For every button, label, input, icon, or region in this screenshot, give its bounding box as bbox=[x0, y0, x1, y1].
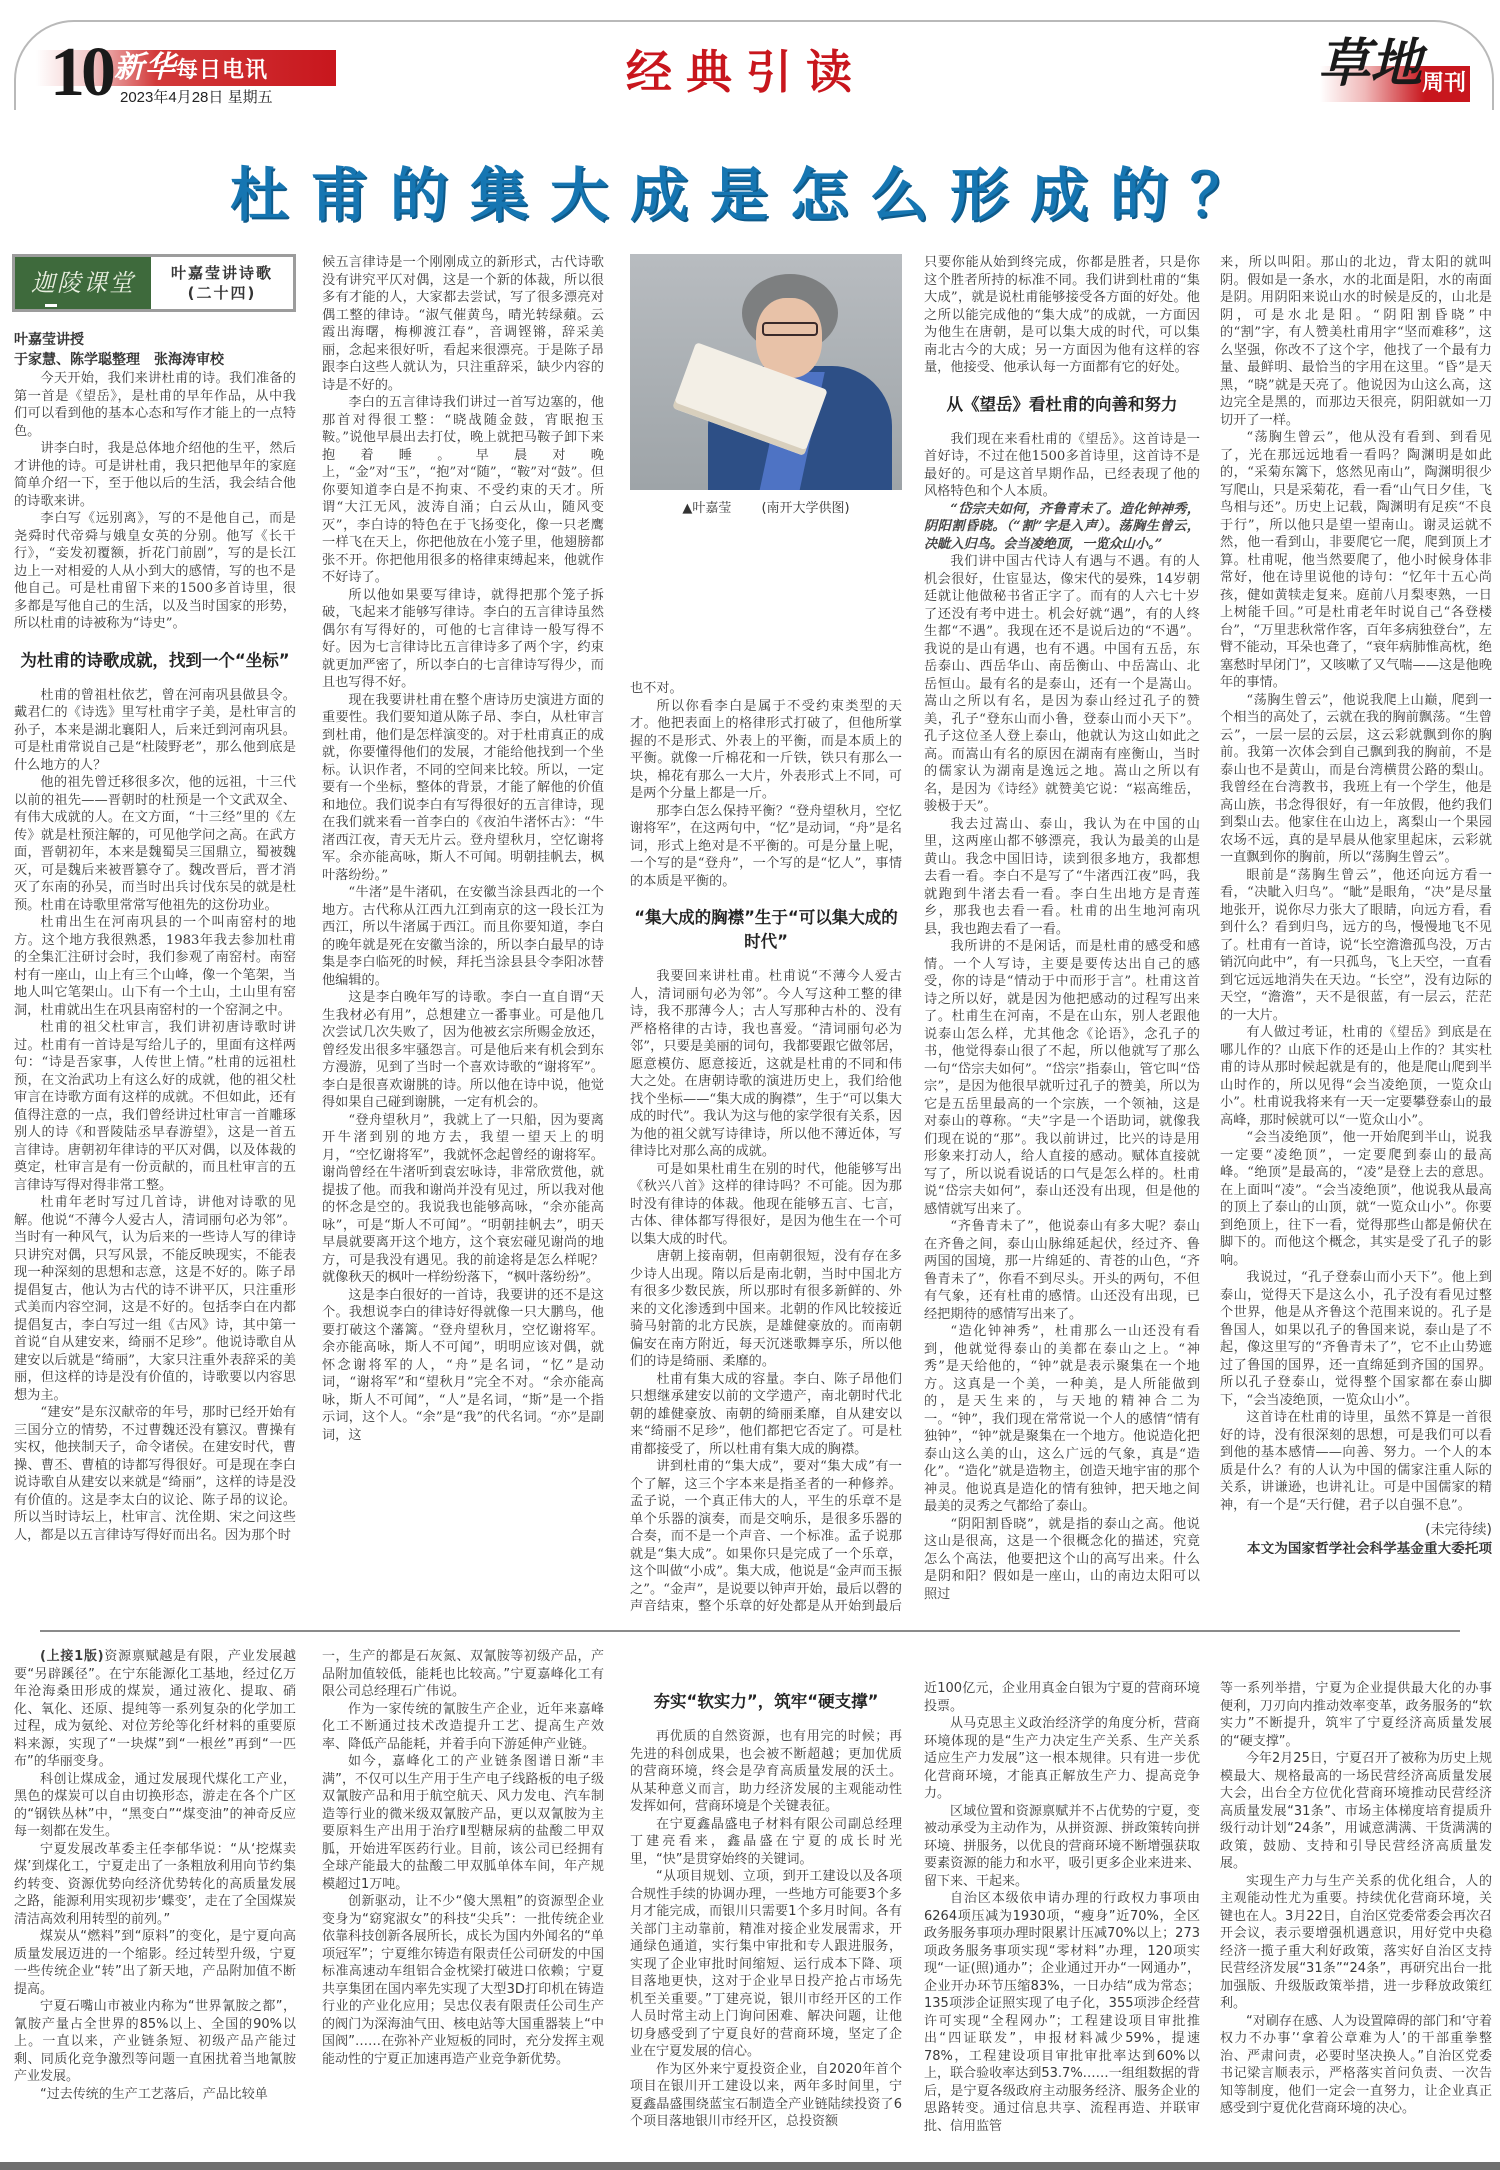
paragraph: 也不对。 bbox=[630, 680, 902, 698]
paragraph: 我说过，“孔子登泰山而小天下”。他上到泰山，觉得天下是这么小，孔子没有看见过整个… bbox=[1220, 1269, 1492, 1409]
paragraph: 李白写《远别离》，写的不是他自己，而是尧舜时代帝舜与娥皇女英的分别。他写《长干行… bbox=[14, 510, 296, 633]
subhead-coordinate: 为杜甫的诗歌成就，找到一个“坐标” bbox=[14, 649, 296, 673]
paragraph: “齐鲁青未了”，他说泰山有多大呢？泰山在齐鲁之间，泰山山脉绵延起伏，经过齐、鲁两… bbox=[924, 1218, 1200, 1323]
photo-caption: ▲叶嘉莹 (南开大学供图) bbox=[630, 500, 902, 518]
chalkboard-logo: 迦陵课堂 bbox=[15, 257, 151, 309]
page-bottom-bar bbox=[0, 2162, 1500, 2170]
paragraph: 今天开始，我们来讲杜甫的诗。我们准备的第一首是《望岳》，是杜甫的早年作品，从中我… bbox=[14, 370, 296, 440]
editors: 于家慧、陈学聪整理 张海涛审校 bbox=[14, 350, 224, 370]
to-be-continued: (未完待续) bbox=[1220, 1520, 1492, 1540]
paragraph: 有人做过考证，杜甫的《望岳》到底是在哪儿作的？山底下作的还是山上作的？其实杜甫的… bbox=[1220, 1024, 1492, 1129]
lower-article-column-5: 等一系列举措，宁夏为企业提供最大化的办事便利，刀刃向内推动效率变革，政务服务的“… bbox=[1220, 1680, 1492, 2160]
paragraph: 再优质的自然资源，也有用完的时候；再先进的科创成果，也会被不断超越；更加优质的营… bbox=[630, 1728, 902, 1816]
article-column-3: 也不对。 所以你看李白是属于不受约束类型的天才。他把表面上的格律形式打破了，但他… bbox=[630, 680, 902, 1615]
paragraph: 从马克思主义政治经济学的角度分析，营商环境体现的是“生产力决定生产关系、生产关系… bbox=[924, 1715, 1200, 1803]
paragraph: 近100亿元，企业用真金白银为宁夏的营商环境投票。 bbox=[924, 1680, 1200, 1715]
paragraph: 一，生产的都是石灰氮、双氰胺等初级产品，产品附加值较低，能耗也比较高。”宁夏嘉峰… bbox=[322, 1648, 604, 1701]
section-title: 经典引读 bbox=[626, 44, 866, 100]
photo-glasses bbox=[762, 322, 818, 336]
paragraph: 我们讲中国古代诗人有遇与不遇。有的人机会很好，仕宦显达，像宋代的晏殊，14岁朝廷… bbox=[924, 553, 1200, 816]
lower-article-column-2: 一，生产的都是石灰氮、双氰胺等初级产品，产品附加值较低，能耗也比较高。”宁夏嘉峰… bbox=[322, 1648, 604, 2158]
paragraph: 作为区外来宁夏投资企业，自2020年首个项目在银川开工建设以来，两年多时间里，宁… bbox=[630, 2061, 902, 2131]
paragraph: 这首诗在杜甫的诗里，虽然不算是一首很好的诗，没有很深刻的思想，可是我们可以看到他… bbox=[1220, 1409, 1492, 1514]
paragraph: (上接1版)资源禀赋越是有限，产业发展越要“另辟蹊径”。在宁东能源化工基地，经过… bbox=[14, 1648, 296, 1771]
paragraph: “荡胸生曾云”，他说我爬上山巅，爬到一个相当的高处了，云就在我的胸前飘荡。“生曾… bbox=[1220, 692, 1492, 867]
paragraph: 在宁夏鑫晶盛电子材料有限公司副总经理丁建亮看来，鑫晶盛在宁夏的成长时光里，“快”… bbox=[630, 1816, 902, 1869]
headline: 杜甫的集大成是怎么形成的？ bbox=[0, 160, 1500, 230]
paragraph: “牛渚”是牛渚矶，在安徽当涂县西北的一个地方。古代称从江西九江到南京的这一段长江… bbox=[322, 884, 604, 989]
paragraph-text: 资源禀赋越是有限，产业发展越要“另辟蹊径”。在宁东能源化工基地，经过亿万年沧海桑… bbox=[14, 1649, 296, 1769]
series-title: 叶嘉莹讲诗歌 bbox=[151, 263, 293, 283]
issue-date: 2023年4月28日 星期五 bbox=[120, 88, 273, 108]
paragraph: 如今，嘉峰化工的产业链条图谱日渐“丰满”，不仅可以生产用于生产电子线路板的电子级… bbox=[322, 1753, 604, 1893]
paragraph: 煤炭从“燃料”到“原料”的变化，是宁夏向高质量发展迈进的一个缩影。经过转型升级，… bbox=[14, 1928, 296, 1998]
paragraph: 我所讲的不是闲话，而是杜甫的感受和感情。一个人写诗，主要是要传达出自己的感受，你… bbox=[924, 938, 1200, 1218]
lecturer: 叶嘉莹讲授 bbox=[14, 330, 224, 350]
paragraph: 这是李白很好的一首诗，我要讲的还不是这个。我想说李白的律诗好得就像一只大鹏鸟，他… bbox=[322, 1287, 604, 1445]
paragraph: “造化钟神秀”，杜甫那么一山还没有看到，他就觉得泰山的美都在泰山之上。“神秀”是… bbox=[924, 1323, 1200, 1516]
paragraph: 今年2月25日，宁夏召开了被称为历史上规模最大、规格最高的一场民营经济高质量发展… bbox=[1220, 1750, 1492, 1873]
lower-article-column-4: 近100亿元，企业用真金白银为宁夏的营商环境投票。 从马克思主义政治经济学的角度… bbox=[924, 1680, 1200, 2160]
article-column-1: 今天开始，我们来讲杜甫的诗。我们准备的第一首是《望岳》，是杜甫的早年作品，从中我… bbox=[14, 370, 296, 1615]
paragraph: 我们现在来看杜甫的《望岳》。这首诗是一首好诗，不过在他1500多首诗里，这首诗不… bbox=[924, 431, 1200, 501]
article-column-2: 候五言律诗是一个刚刚成立的新形式，古代诗歌没有讲究平仄对偶，这是一个新的体裁，所… bbox=[322, 254, 604, 1615]
series-number: (二十四) bbox=[151, 283, 293, 303]
lower-article-column-1: (上接1版)资源禀赋越是有限，产业发展越要“另辟蹊径”。在宁东能源化工基地，经过… bbox=[14, 1648, 296, 2158]
paragraph: 只要你能从始到终完成，你都是胜者，只是你这个胜者所持的标准不同。我们讲到杜甫的“… bbox=[924, 254, 1200, 377]
article-column-5: 来，所以叫阳。那山的北边，背太阳的就叫阴。假如是一条水，水的北面是阳，水的南面是… bbox=[1220, 254, 1492, 1554]
paragraph: “阴阳割昏晓”，就是指的泰山之高。他说这山是很高，这是一个很概念化的描述，究竟怎… bbox=[924, 1516, 1200, 1604]
paragraph: 他的祖先曾迁移很多次，他的远祖，十三代以前的祖先——晋朝时的杜预是一个文武双全、… bbox=[14, 774, 296, 914]
paragraph: 讲到杜甫的“集大成”，要对“集大成”有一个了解，这三个字本来是指圣者的一种修养。… bbox=[630, 1458, 902, 1615]
funding-note: 本文为国家哲学社会科学基金重大委托项目“‘中华诗教’与优秀传统文化的传承”(项目… bbox=[1220, 1540, 1492, 1554]
paragraph: 宁夏石嘴山市被业内称为“世界氰胺之都”，氰胺产量占全世界的85%以上、全国的90… bbox=[14, 1998, 296, 2086]
supplement-script: 草地 bbox=[1318, 34, 1422, 94]
paragraph: 这是李白晚年写的诗歌。李白一直自谓“天生我材必有用”，总想建立一番事业。可是他几… bbox=[322, 989, 604, 1112]
paragraph: 杜甫年老时写过几首诗，讲他对诗歌的见解。他说“不薄今人爱古人，清词丽句必为邻”。… bbox=[14, 1194, 296, 1404]
masthead: 10 新华每日电讯 2023年4月28日 星期五 经典引读 草地 周刊 bbox=[14, 20, 1494, 110]
paragraph: 眼前是“荡胸生曾云”，他还向远方看一看，“决眦入归鸟”。“眦”是眼角，“决”是尽… bbox=[1220, 867, 1492, 1025]
paragraph: “对刷存在感、人为设置障碍的部门和‘守着权力不办事’‘拿着公章难为人’的干部重拳… bbox=[1220, 2013, 1492, 2118]
caption-credit: (南开大学供图) bbox=[761, 501, 849, 516]
paragraph: 李白的五言律诗我们讲过一首写边塞的，他那首对得很工整：“晓战随金鼓，宵眠抱玉鞍。… bbox=[322, 394, 604, 587]
section-divider bbox=[40, 1630, 1460, 1632]
lower-article-column-3: 夯实“软实力”，筑牢“硬支撑” 再优质的自然资源，也有用完的时候；再先进的科创成… bbox=[630, 1680, 902, 2160]
paragraph: 唐朝上接南朝，但南朝很短，没有存在多少诗人出现。隋以后是南北朝，当时中国北方有很… bbox=[630, 1248, 902, 1371]
series-title-block: 叶嘉莹讲诗歌 (二十四) bbox=[151, 257, 293, 309]
paragraph: 我去过嵩山、泰山，我认为在中国的山里，这两座山都不够漂亮，我认为最美的山是黄山。… bbox=[924, 816, 1200, 939]
paragraph: 创新驱动，让不少“傻大黑粗”的资源型企业变身为“窈窕淑女”的科技“尖兵”：一批传… bbox=[322, 1893, 604, 2068]
paragraph: “荡胸生曾云”，他从没有看到、到看见了，光在那远远地看一看吗？陶渊明是如此的，“… bbox=[1220, 429, 1492, 692]
paragraph: 自治区本级依申请办理的行政权力事项由6264项压减为1930项，“瘦身”近70%… bbox=[924, 1890, 1200, 2135]
paragraph: 实现生产力与生产关系的优化组合，人的主观能动性尤为重要。持续优化营商环境，关键也… bbox=[1220, 1873, 1492, 2013]
lower-subhead: 夯实“软实力”，筑牢“硬支撑” bbox=[630, 1690, 902, 1714]
column-banner: 迦陵课堂 叶嘉莹讲诗歌 (二十四) bbox=[12, 254, 296, 312]
paragraph: “过去传统的生产工艺落后，产品比较单 bbox=[14, 2086, 296, 2104]
subhead-great-synthesis: “集大成的胸襟”生于“可以集大成的时代” bbox=[630, 906, 902, 954]
paragraph: 杜甫有集大成的容量。李白、陈子昂他们只想继承建安以前的文学遗产，南北朝时代北朝的… bbox=[630, 1371, 902, 1459]
poem-wangyue: “岱宗夫如何，齐鲁青未了。造化钟神秀，阴阳割昏晓。（“割”字是入声）。荡胸生曾云… bbox=[924, 501, 1200, 554]
paragraph: 杜甫出生在河南巩县的一个叫南窑村的地方。这个地方我很熟悉，1983年我去参加杜甫… bbox=[14, 914, 296, 1019]
paragraph: 候五言律诗是一个刚刚成立的新形式，古代诗歌没有讲究平仄对偶，这是一个新的体裁，所… bbox=[322, 254, 604, 394]
caption-subject: ▲叶嘉莹 bbox=[682, 501, 731, 516]
paragraph: 等一系列举措，宁夏为企业提供最大化的办事便利，刀刃向内推动效率变革，政务服务的“… bbox=[1220, 1680, 1492, 1750]
paragraph: 现在我要讲杜甫在整个唐诗历史演进方面的重要性。我们要知道从陈子昂、李白，从杜审言… bbox=[322, 692, 604, 885]
paper-name-script: 新华 bbox=[114, 50, 176, 85]
paragraph: 可是如果杜甫生在别的时代，他能够写出《秋兴八首》这样的律诗吗？不可能。因为那时没… bbox=[630, 1161, 902, 1249]
paper-name: 新华每日电讯 bbox=[114, 48, 268, 91]
paragraph: “登舟望秋月”，我就上了一只船，因为要离开牛渚到别的地方去，我望一望天上的明月，… bbox=[322, 1112, 604, 1287]
paragraph: 所以你看李白是属于不受约束类型的天才。他把表面上的格律形式打破了，但他所掌握的不… bbox=[630, 698, 902, 803]
portrait-photo bbox=[630, 254, 902, 490]
paragraph: “会当凌绝顶”，他一开始爬到半山，说我一定要“凌绝顶”，一定要爬到泰山的最高峰。… bbox=[1220, 1129, 1492, 1269]
article-column-4: 只要你能从始到终完成，你都是胜者，只是你这个胜者所持的标准不同。我们讲到杜甫的“… bbox=[924, 254, 1200, 1615]
paragraph: 杜甫的祖父杜审言，我们讲初唐诗歌时讲过。杜甫有一首诗是写给儿子的，里面有这样两句… bbox=[14, 1019, 296, 1194]
paragraph: “建安”是东汉献帝的年号，那时已经开始有三国分立的情势，不过曹魏还没有篡汉。曹操… bbox=[14, 1404, 296, 1544]
paragraph: 我要回来讲杜甫。杜甫说“不薄今人爱古人，清词丽句必为邻”。今人写这种工整的律诗，… bbox=[630, 968, 902, 1161]
continued-from-label: (上接1版) bbox=[40, 1649, 104, 1664]
paragraph: “从项目规划、立项，到开工建设以及各项合规性手续的协调办理，一些地方可能要3个多… bbox=[630, 1868, 902, 2061]
supplement-tag: 周刊 bbox=[1422, 68, 1466, 100]
paragraph: 讲李白时，我是总体地介绍他的生平，然后才讲他的诗。可是讲杜甫，我只把他早年的家庭… bbox=[14, 440, 296, 510]
paragraph: 杜甫的曾祖杜依艺，曾在河南巩县做县令。戴君仁的《诗选》里写杜甫字子美，是杜审言的… bbox=[14, 687, 296, 775]
paragraph: 区域位置和资源禀赋并不占优势的宁夏，变被动承受为主动作为，从拼资源、拼政策转向拼… bbox=[924, 1803, 1200, 1891]
byline: 叶嘉莹讲授 于家慧、陈学聪整理 张海涛审校 bbox=[14, 330, 224, 370]
paragraph: 那李白怎么保持平衡？“登舟望秋月，空忆谢将军”，在这两句中，“忆”是动词，“舟”… bbox=[630, 803, 902, 891]
page-number: 10 bbox=[50, 38, 112, 108]
paper-name-suffix: 每日电讯 bbox=[176, 58, 268, 83]
photo-face bbox=[756, 298, 822, 378]
paragraph: 作为一家传统的氰胺生产企业，近年来嘉峰化工不断通过技术改造提升工艺、提高生产效率… bbox=[322, 1701, 604, 1754]
paragraph: 科创让煤成金，通过发展现代煤化工产业，黑色的煤炭可以自由切换形态，游走在各个广区… bbox=[14, 1771, 296, 1841]
subhead-wangyue: 从《望岳》看杜甫的向善和努力 bbox=[924, 393, 1200, 417]
paragraph: 所以他如果要写律诗，就得把那个笼子拆破，飞起来才能够写律诗。李白的五言律诗虽然偶… bbox=[322, 587, 604, 692]
paragraph: 来，所以叫阳。那山的北边，背太阳的就叫阴。假如是一条水，水的北面是阳，水的南面是… bbox=[1220, 254, 1492, 429]
paragraph: 宁夏发展改革委主任李郁华说：“从‘挖煤卖煤’到煤化工，宁夏走出了一条粗放利用向节… bbox=[14, 1841, 296, 1929]
